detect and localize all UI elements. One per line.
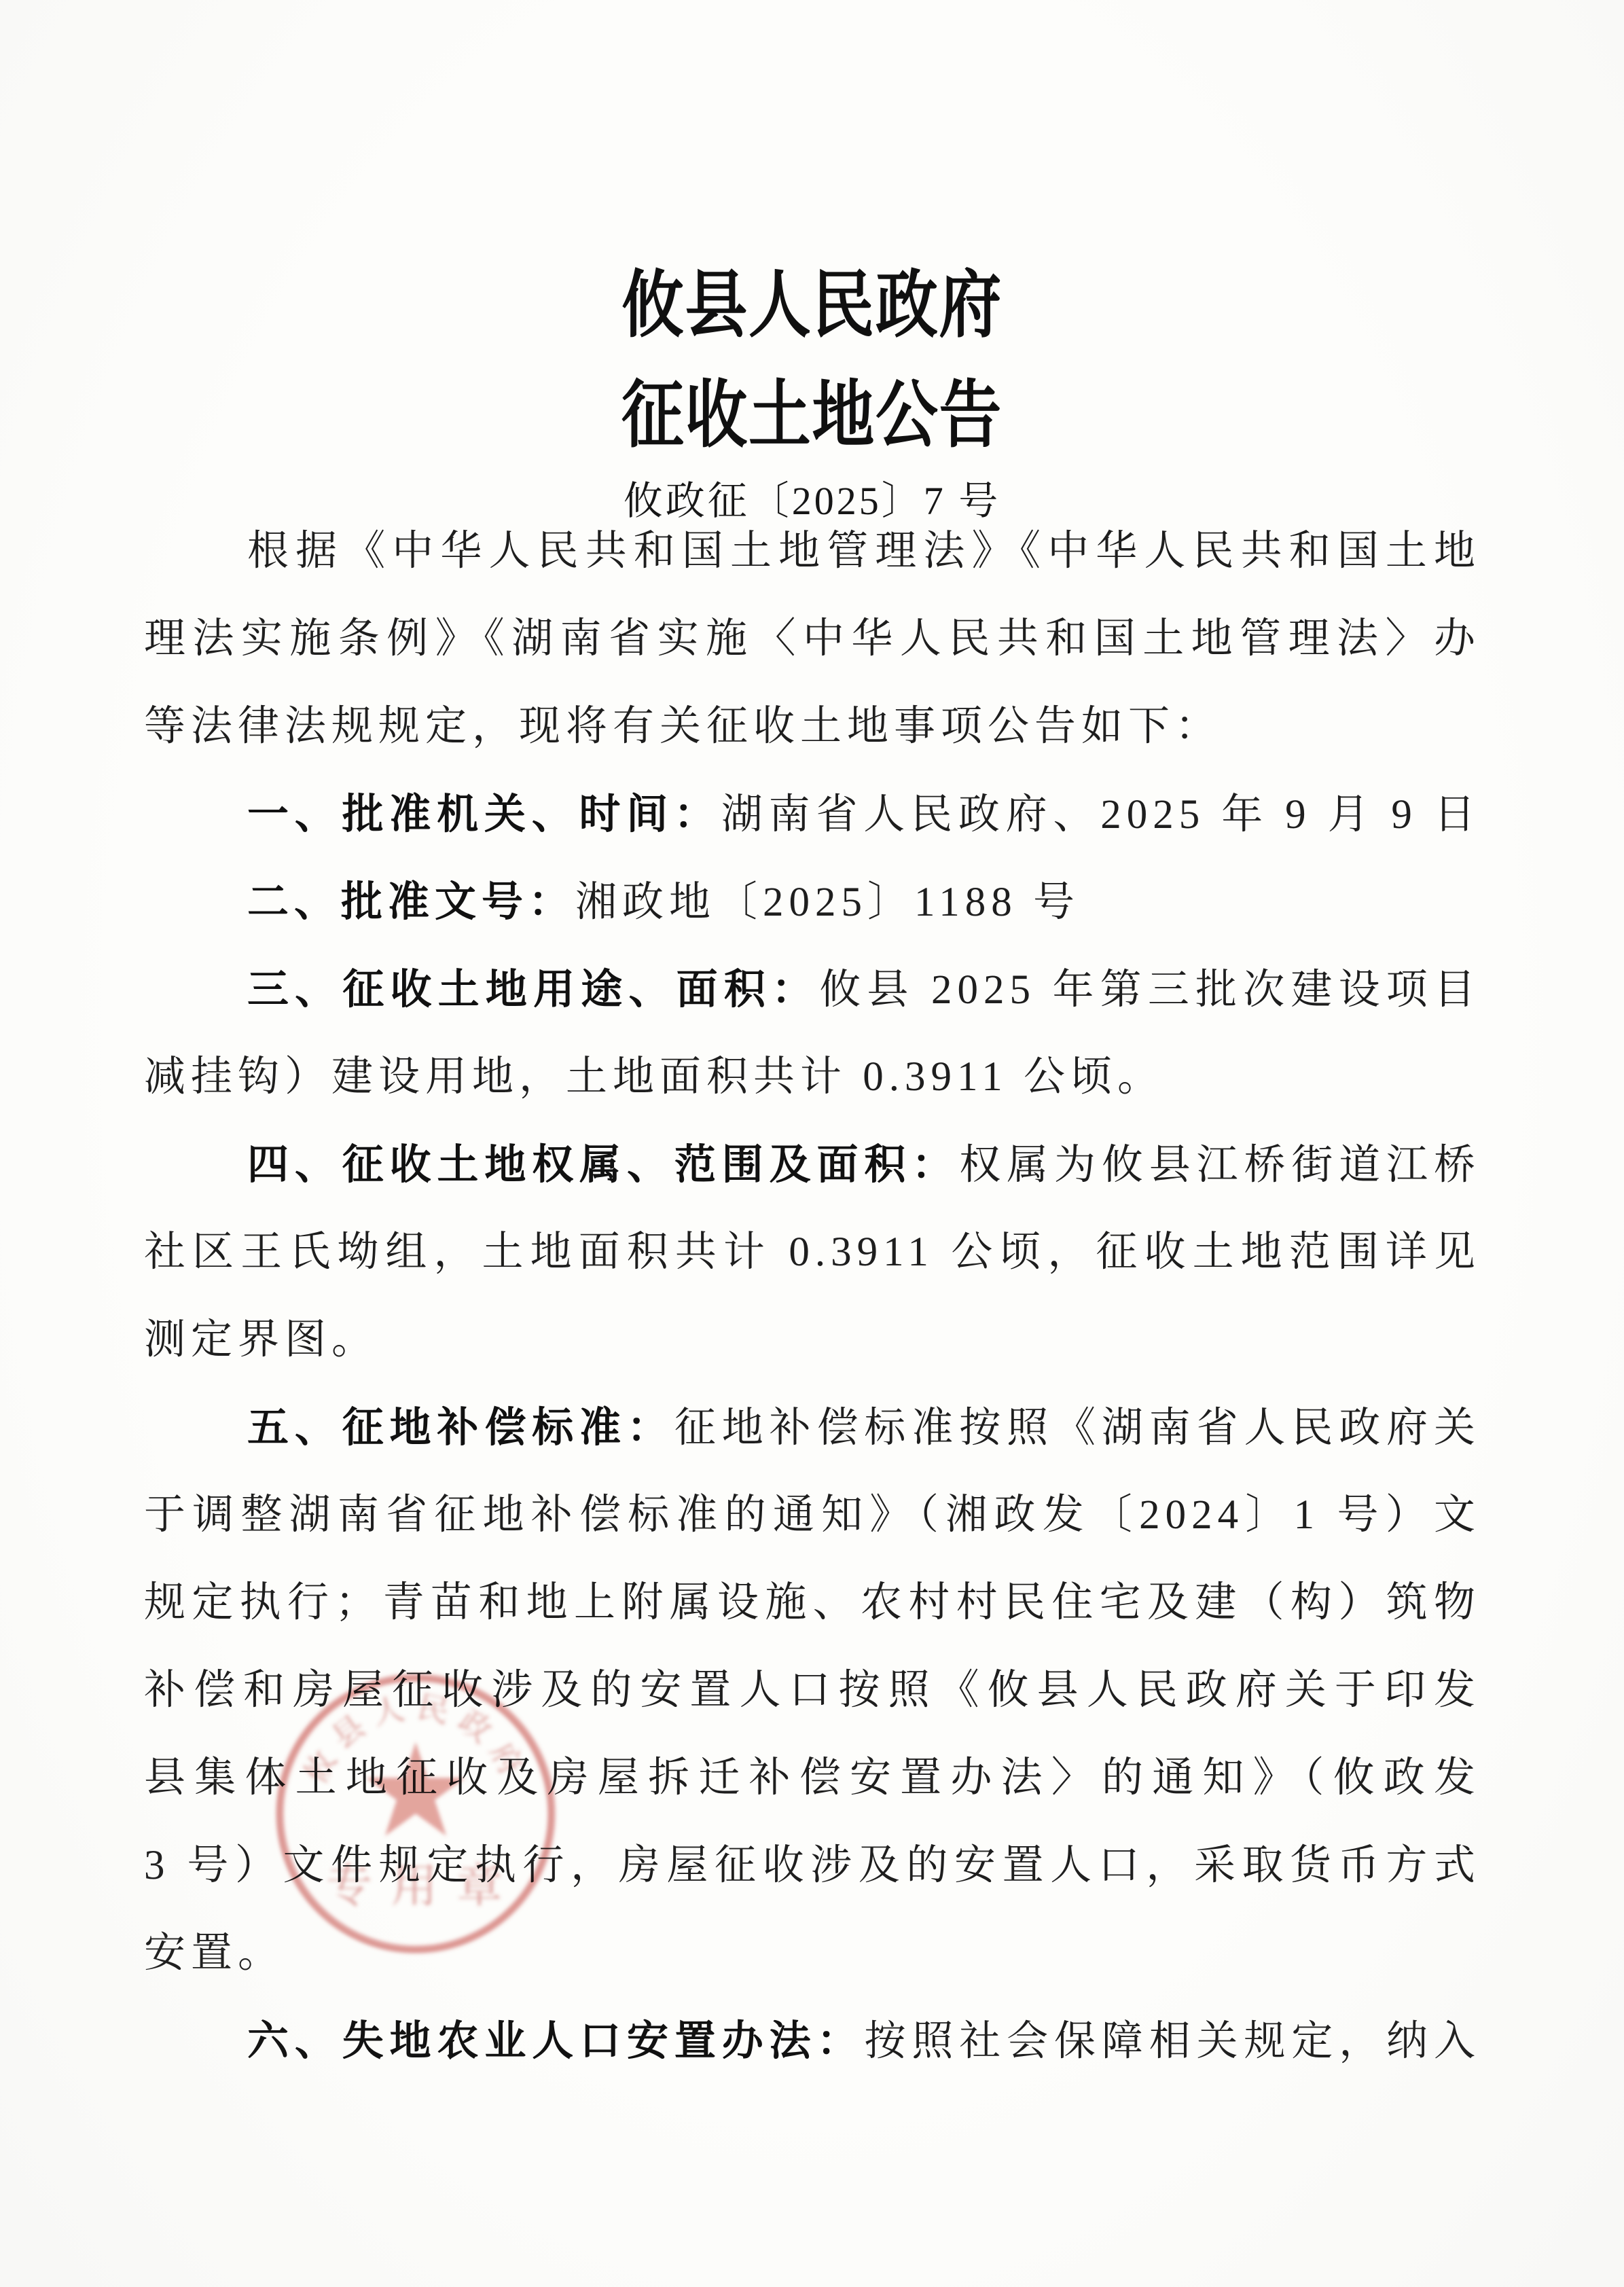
document-page: 攸县人民政府 征收土地公告 攸政征〔2025〕7 号 根据《中华人民共和国土地管… bbox=[0, 0, 1624, 2287]
document-line: 社区王氏坳组，土地面积共计 0.3911 公顷，征收土地范围详见勘 bbox=[144, 1208, 1481, 1296]
line-text: 于调整湖南省征地补偿标准的通知》（湘政发〔2024〕1 号）文件 bbox=[144, 1492, 1481, 1559]
document-line: 县集体土地征收及房屋拆迁补偿安置办法〉的通知》（攸政发〔2022〕 bbox=[144, 1734, 1481, 1822]
document-line: 理法实施条例》《湖南省实施〈中华人民共和国土地管理法〉办法》 bbox=[144, 595, 1481, 683]
line-text: 等法律法规规定，现将有关征收土地事项公告如下： bbox=[144, 704, 1222, 749]
line-text: 减挂钩）建设用地，土地面积共计 0.3911 公顷。 bbox=[144, 1054, 1164, 1100]
line-text: 按照社会保障相关规定，纳入 bbox=[864, 2019, 1481, 2064]
section-heading: 一、批准机关、时间： bbox=[247, 791, 721, 837]
line-text: 权属为攸县江桥街道江桥 bbox=[959, 1142, 1481, 1188]
document-line: 二、批准文号：湘政地〔2025〕1188 号 bbox=[144, 858, 1481, 946]
document-line: 四、征收土地权属、范围及面积：权属为攸县江桥街道江桥 bbox=[144, 1121, 1481, 1208]
line-text: 湘政地〔2025〕1188 号 bbox=[575, 880, 1080, 925]
document-line: 一、批准机关、时间：湖南省人民政府、2025 年 9 月 9 日 bbox=[144, 770, 1481, 858]
line-text: 理法实施条例》《湖南省实施〈中华人民共和国土地管理法〉办法》 bbox=[144, 616, 1481, 683]
document-line: 三、征收土地用途、面积：攸县 2025 年第三批次建设项目（增 bbox=[144, 946, 1481, 1033]
document-line: 补偿和房屋征收涉及的安置人口按照《攸县人民政府关于印发〈攸 bbox=[144, 1646, 1481, 1734]
line-text: 根据《中华人民共和国土地管理法》《中华人民共和国土地管 bbox=[144, 528, 1481, 595]
document-line: 根据《中华人民共和国土地管理法》《中华人民共和国土地管 bbox=[144, 507, 1481, 595]
section-heading: 五、征地补偿标准： bbox=[247, 1404, 674, 1450]
section-heading: 三、征收土地用途、面积： bbox=[247, 966, 819, 1012]
document-line: 规定执行；青苗和地上附属设施、农村村民住宅及建（构）筑物 bbox=[144, 1559, 1481, 1646]
section-heading: 四、征收土地权属、范围及面积： bbox=[247, 1141, 959, 1187]
line-text: 安置。 bbox=[144, 1930, 285, 1976]
document-line: 于调整湖南省征地补偿标准的通知》（湘政发〔2024〕1 号）文件 bbox=[144, 1471, 1481, 1559]
line-text: 规定执行；青苗和地上附属设施、农村村民住宅及建（构）筑物 bbox=[144, 1580, 1481, 1625]
document-line: 减挂钩）建设用地，土地面积共计 0.3911 公顷。 bbox=[144, 1033, 1481, 1121]
line-text: 湖南省人民政府、2025 年 9 月 9 日 bbox=[721, 792, 1481, 838]
document-line: 等法律法规规定，现将有关征收土地事项公告如下： bbox=[144, 683, 1481, 770]
document-line: 安置。 bbox=[144, 1909, 1481, 1997]
line-text: 测定界图。 bbox=[144, 1317, 378, 1363]
document-title-line-1: 攸县人民政府 bbox=[122, 246, 1502, 351]
line-text: 县集体土地征收及房屋拆迁补偿安置办法〉的通知》（攸政发〔2022〕 bbox=[144, 1755, 1481, 1822]
document-body: 根据《中华人民共和国土地管理法》《中华人民共和国土地管理法实施条例》《湖南省实施… bbox=[144, 507, 1481, 2085]
document-line: 六、失地农业人口安置办法：按照社会保障相关规定，纳入 bbox=[144, 1997, 1481, 2085]
document-line: 3 号）文件规定执行，房屋征收涉及的安置人口，采取货币方式 bbox=[144, 1822, 1481, 1909]
line-text: 征地补偿标准按照《湖南省人民政府关 bbox=[674, 1405, 1481, 1451]
line-text: 补偿和房屋征收涉及的安置人口按照《攸县人民政府关于印发〈攸 bbox=[144, 1668, 1481, 1734]
section-heading: 六、失地农业人口安置办法： bbox=[247, 2017, 864, 2064]
line-text: 社区王氏坳组，土地面积共计 0.3911 公顷，征收土地范围详见勘 bbox=[144, 1229, 1481, 1296]
document-title-line-2: 征收土地公告 bbox=[122, 356, 1502, 461]
line-text: 3 号）文件规定执行，房屋征收涉及的安置人口，采取货币方式 bbox=[144, 1843, 1481, 1888]
document-line: 测定界图。 bbox=[144, 1296, 1481, 1384]
document-line: 五、征地补偿标准：征地补偿标准按照《湖南省人民政府关 bbox=[144, 1384, 1481, 1471]
section-heading: 二、批准文号： bbox=[247, 878, 575, 924]
